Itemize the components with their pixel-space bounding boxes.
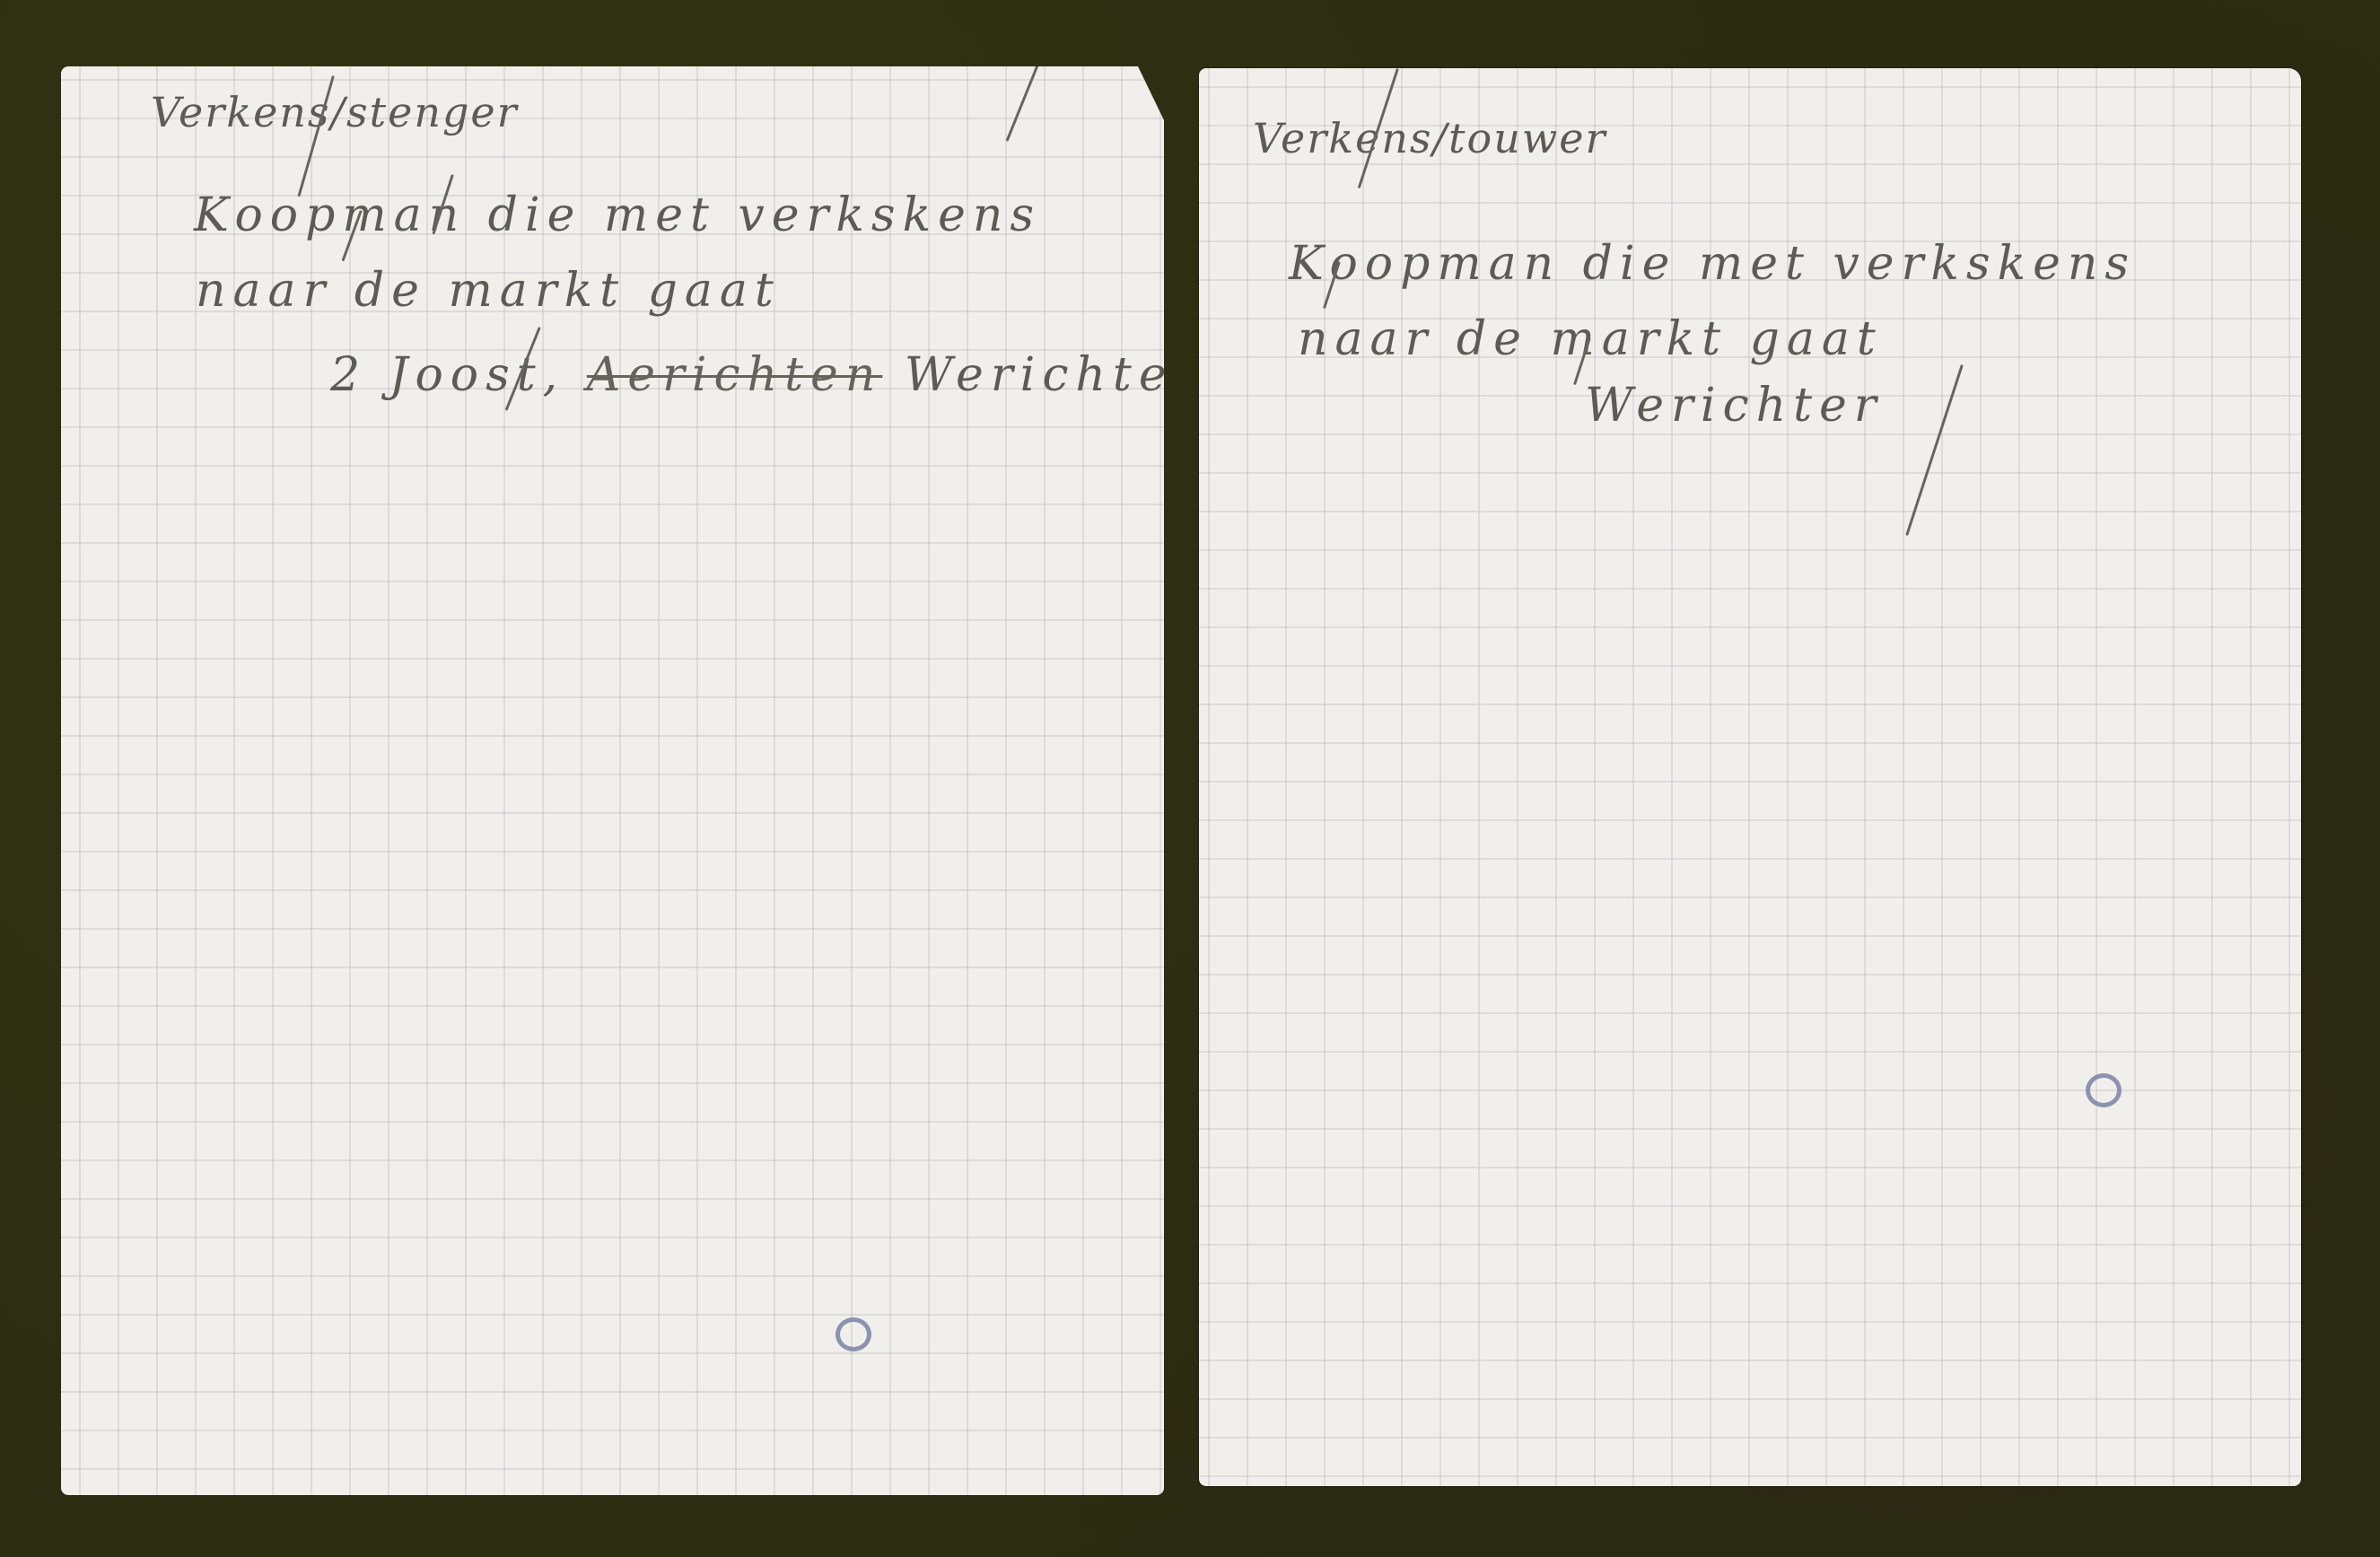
right-page: Verkens/touwer Koopman die met verkskens…	[1199, 68, 2301, 1486]
right-page-line-1: Koopman die met verkskens	[1289, 241, 2136, 287]
right-page-title: Verkens/touwer	[1253, 118, 1606, 159]
left-page: Verkens/stenger Koopman die met verksken…	[61, 66, 1164, 1495]
annotation-word: Werichter	[905, 348, 1203, 402]
right-page-annotation: Werichter	[1585, 382, 1884, 429]
left-page-line-1: Koopman die met verkskens	[194, 192, 1041, 239]
left-page-title: Verkens/stenger	[151, 92, 519, 133]
pen-stroke	[1006, 57, 1042, 142]
pen-stroke	[1905, 364, 1964, 536]
blue-circle-mark	[836, 1317, 871, 1351]
blue-circle-mark	[2086, 1073, 2122, 1107]
left-page-line-2: naar de markt gaat	[196, 267, 781, 314]
annotation-prefix: 2 Joost,	[330, 348, 564, 402]
left-page-annotation: 2 Joost, Aerichten Werichter	[330, 352, 1203, 398]
struck-word: Aerichten	[587, 348, 883, 402]
